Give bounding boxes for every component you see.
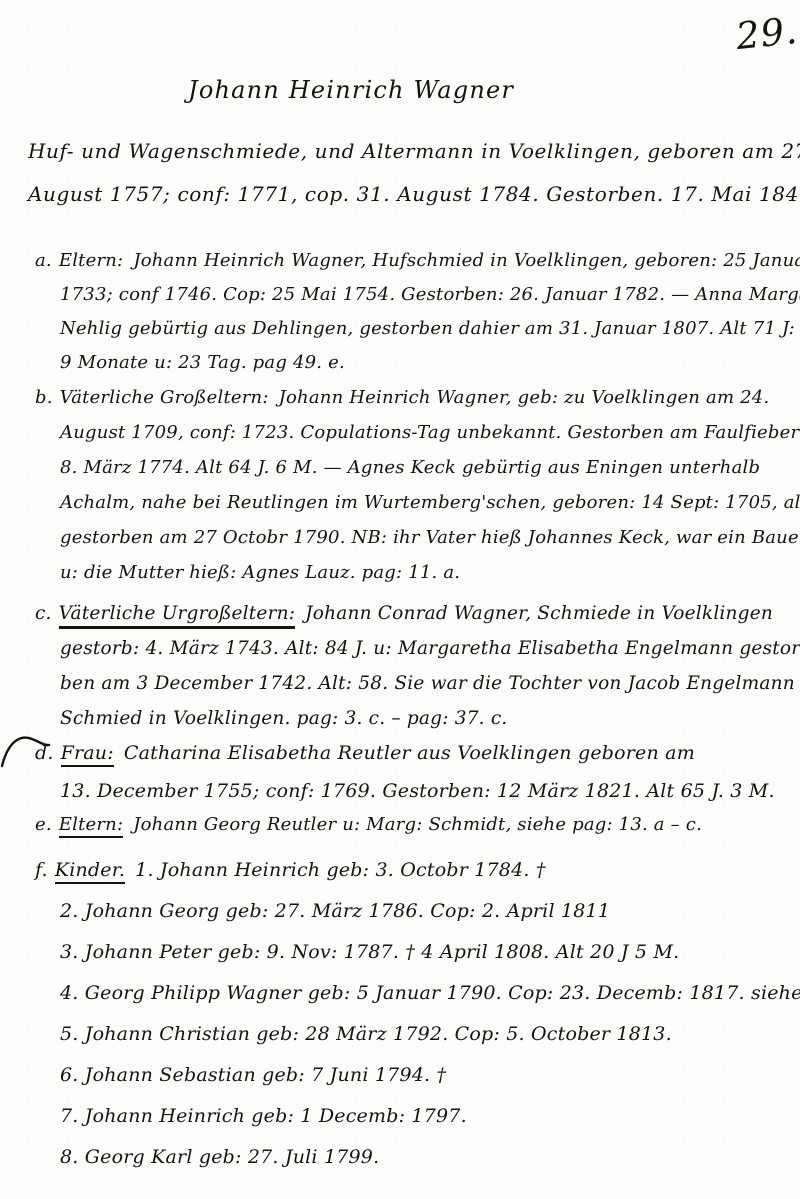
section-heading-parents: Eltern: [59,250,123,271]
section-heading-wife-parents: Eltern: [59,814,123,838]
section-wife-parents-text: Johann Georg Reutler u: Marg: Schmidt, s… [133,814,702,835]
section-parents: a.Eltern:Johann Heinrich Wagner, Hufschm… [60,244,794,380]
intro-paragraph: Huf- und Wagenschmiede, und Altermann in… [28,130,790,216]
section-heading-wife: Frau: [61,742,114,767]
section-paternal-grandparents-text: Johann Heinrich Wagner, geb: zu Voelklin… [279,387,770,408]
section-wife-line-1: d.Frau:Catharina Elisabetha Reutler aus … [35,734,794,772]
section-paternal-great-grandparents: c.Väterliche Urgroßeltern:Johann Conrad … [60,596,794,736]
child-entry-4: 4. Georg Philipp Wagner geb: 5 Januar 17… [60,973,794,1014]
section-marker-a: a. [35,250,52,271]
section-marker-e: e. [35,814,52,835]
section-paternal-great-grandparents-line-2: gestorb: 4. März 1743. Alt: 84 J. u: Mar… [60,631,794,666]
page-title: Johann Heinrich Wagner [188,76,514,104]
child-entry-5: 5. Johann Christian geb: 28 März 1792. C… [60,1014,794,1055]
section-parents-line-4: 9 Monate u: 23 Tag. pag 49. e. [60,346,794,380]
section-paternal-great-grandparents-line-4: Schmied in Voelklingen. pag: 3. c. – pag… [60,701,794,736]
section-heading-paternal-grandparents: Väterliche Großeltern: [60,387,269,408]
section-paternal-great-grandparents-line-1: c.Väterliche Urgroßeltern:Johann Conrad … [35,596,794,631]
section-parents-line-1: a.Eltern:Johann Heinrich Wagner, Hufschm… [35,244,794,278]
child-entry-7: 7. Johann Heinrich geb: 1 Decemb: 1797. [60,1096,794,1137]
section-wife-line-2: 13. December 1755; conf: 1769. Gestorben… [60,772,794,810]
child-entry-2: 2. Johann Georg geb: 27. März 1786. Cop:… [60,891,794,932]
section-paternal-great-grandparents-text: Johann Conrad Wagner, Schmiede in Voelkl… [305,603,773,624]
section-wife: d.Frau:Catharina Elisabetha Reutler aus … [60,734,794,810]
child-entry-3: 3. Johann Peter geb: 9. Nov: 1787. † 4 A… [60,932,794,973]
child-entry-1: 1. Johann Heinrich geb: 3. Octobr 1784. … [135,859,545,881]
intro-line-1: Huf- und Wagenschmiede, und Altermann in… [28,130,790,173]
manuscript-page: 29. Johann Heinrich Wagner Huf- und Wage… [0,0,800,1199]
child-entry-6: 6. Johann Sebastian geb: 7 Juni 1794. † [60,1055,794,1096]
section-children: f.Kinder.1. Johann Heinrich geb: 3. Octo… [60,850,794,1178]
intro-line-2: August 1757; conf: 1771, cop. 31. August… [28,173,790,216]
section-paternal-great-grandparents-line-3: ben am 3 December 1742. Alt: 58. Sie war… [60,666,794,701]
section-paternal-grandparents-line-4: Achalm, nahe bei Reutlingen im Wurtember… [60,485,794,520]
section-heading-children: Kinder. [55,859,125,884]
section-wife-parents-line-1: e.Eltern:Johann Georg Reutler u: Marg: S… [35,808,794,842]
section-paternal-grandparents-line-6: u: die Mutter hieß: Agnes Lauz. pag: 11.… [60,555,794,590]
child-entry-8: 8. Georg Karl geb: 27. Juli 1799. [60,1137,794,1178]
section-wife-parents: e.Eltern:Johann Georg Reutler u: Marg: S… [60,808,794,842]
section-paternal-grandparents: b.Väterliche Großeltern:Johann Heinrich … [60,380,794,590]
section-marker-f: f. [35,859,48,881]
section-paternal-grandparents-line-1: b.Väterliche Großeltern:Johann Heinrich … [35,380,794,415]
section-marker-d: d. [35,742,54,764]
section-paternal-grandparents-line-3: 8. März 1774. Alt 64 J. 6 M. — Agnes Kec… [60,450,794,485]
section-parents-line-3: Nehlig gebürtig aus Dehlingen, gestorben… [60,312,794,346]
section-children-line-1: f.Kinder.1. Johann Heinrich geb: 3. Octo… [35,850,794,891]
section-paternal-grandparents-line-2: August 1709, conf: 1723. Copulations-Tag… [60,415,794,450]
section-wife-text: Catharina Elisabetha Reutler aus Voelkli… [124,742,695,764]
section-marker-c: c. [35,603,52,624]
section-parents-text: Johann Heinrich Wagner, Hufschmied in Vo… [133,250,800,271]
section-paternal-grandparents-line-5: gestorben am 27 Octobr 1790. NB: ihr Vat… [60,520,794,555]
section-parents-line-2: 1733; conf 1746. Cop: 25 Mai 1754. Gesto… [60,278,794,312]
page-number: 29. [734,9,800,58]
section-heading-paternal-great-grandparents: Väterliche Urgroßeltern: [59,603,296,629]
section-marker-b: b. [35,387,53,408]
